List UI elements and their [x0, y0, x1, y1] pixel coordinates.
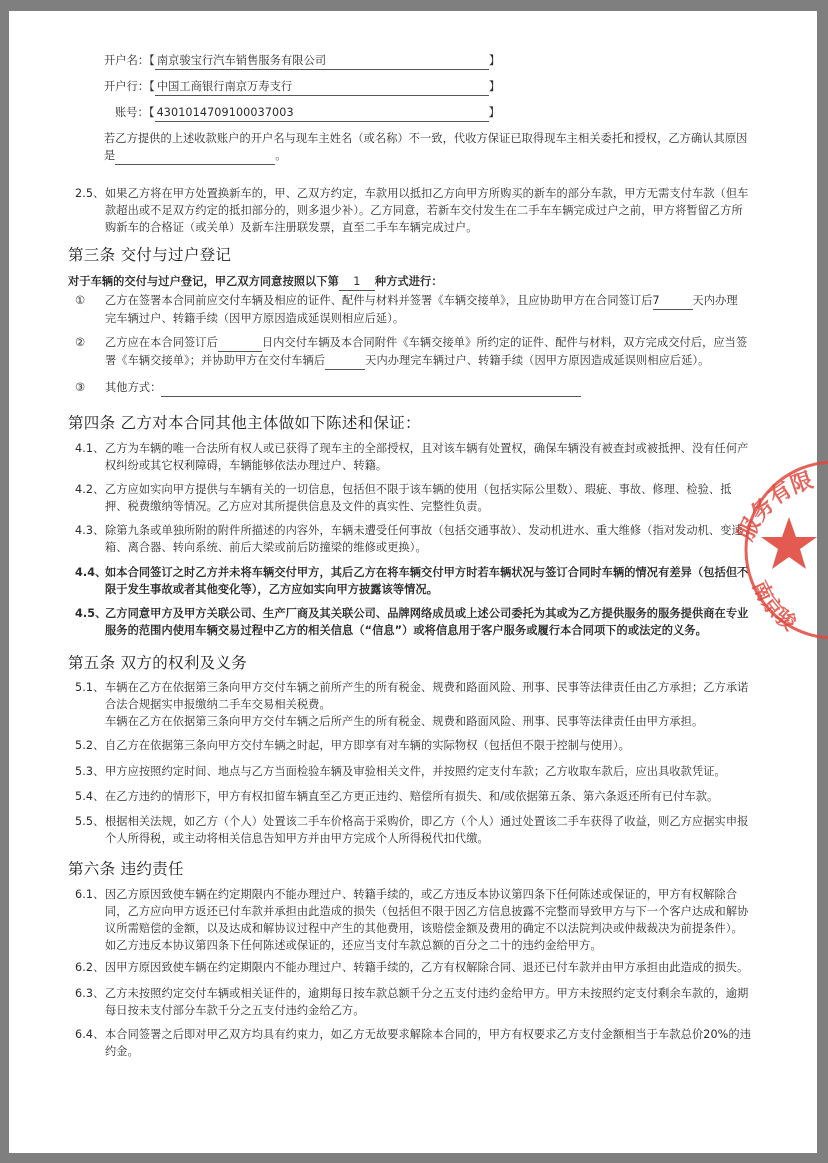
- clause-5-2: 5.2、 自乙方在依据第三条向甲方交付车辆之时起，甲方即享有对车辆的实际物权（包…: [75, 737, 630, 754]
- clause-6-2: 6.2、 因甲方原因致使车辆在约定期限内不能办理过户、转籍手续的，乙方有权解除合…: [75, 959, 748, 976]
- account-name-label: 开户名：【: [104, 54, 155, 67]
- clause-6-4: 6.4、 本合同签署之后即对甲乙双方均具有约束力，如乙方无故要求解除本合同的，甲…: [75, 1026, 751, 1060]
- intro-prefix: 对于车辆的交付与过户登记，甲乙双方同意按照以下第: [68, 275, 339, 288]
- clause-line: 每日按未支付部分车款千分之五支付违约金给乙方。: [105, 1002, 748, 1019]
- option-text: 其他方式：: [105, 381, 161, 394]
- reason-blank: [115, 147, 275, 165]
- clause-line: 同，乙方应向甲方返还已付车款并承担由此造成的损失（包括但不限于因乙方信息披露不完…: [105, 903, 748, 920]
- option-text: 完车辆过户、转籍手续（因甲方原因造成延误则相应后延）。: [105, 310, 738, 327]
- seal-top-text: 服务有限: [734, 468, 817, 545]
- clause-line: 根据相关法规，如乙方（个人）处置该二手车价格高于采购价，即乙方（个人）通过处置该…: [105, 813, 748, 830]
- clause-line: 自乙方在依据第三条向甲方交付车辆之时起，甲方即享有对车辆的实际物权（包括但不限于…: [105, 737, 630, 754]
- days-value: 7: [653, 292, 693, 310]
- clause-5-5: 5.5、 根据相关法规，如乙方（个人）处置该二手车价格高于采购价，即乙方（个人）…: [75, 813, 748, 847]
- option-marker: ②: [75, 334, 85, 351]
- clause-line: 因乙方原因致使车辆在约定期限内不能办理过户、转籍手续的，或乙方违反本协议第四条下…: [105, 886, 748, 903]
- clause-number: 6.1、: [75, 886, 104, 903]
- clause-line: 在乙方违约的情形下，甲方有权扣留车辆直至乙方更正违约、赔偿所有损失、和/或依据第…: [105, 788, 718, 805]
- option-3: ③ 其他方式：: [75, 379, 581, 397]
- clause-line: 乙方同意甲方及甲方关联公司、生产厂商及其关联公司、品牌网络成员或上述公司委托为其…: [105, 605, 748, 622]
- clause-line: 如果乙方将在甲方处置换新车的，甲、乙双方约定，车款用以抵扣乙方向甲方所购买的新车…: [105, 185, 748, 202]
- clause-line: 限于发生事故或者其他变化等），乙方应如实向甲方披露该等情况。: [105, 581, 748, 598]
- close-bracket: 】: [489, 80, 500, 93]
- article-3-intro: 对于车辆的交付与过户登记，甲乙双方同意按照以下第1种方式进行：: [68, 273, 443, 291]
- clause-line: 箱、离合器、转向系统、前后大梁或前后防撞梁的维修或更换）。: [105, 539, 743, 556]
- days-blank: [325, 352, 365, 370]
- option-text: 天内办理完车辆过户、转籍手续（因甲方原因造成延误则相应后延）。: [365, 354, 709, 367]
- clause-line: 车辆在乙方在依据第三条向甲方交付车辆之前所产生的所有税金、规费和路面风险、刑事、…: [105, 679, 748, 696]
- intro-suffix: 种方式进行：: [375, 275, 443, 288]
- method-number: 1: [339, 273, 375, 291]
- clause-4-5: 4.5、 乙方同意甲方及甲方关联公司、生产厂商及其关联公司、品牌网络成员或上述公…: [75, 605, 748, 639]
- clause-4-4: 4.4、 如本合同签订之时乙方并未将车辆交付甲方，其后乙方在将车辆交付甲方时若车…: [75, 564, 748, 598]
- other-method-blank: [161, 379, 581, 397]
- account-bank-value: 中国工商银行南京万寿支行: [155, 78, 489, 96]
- svg-text:南京骏: 南京骏: [748, 577, 801, 635]
- clause-line: 购新车的合格证（或关单）及新车注册联发票，直至二手车车辆完成过户。: [105, 219, 748, 236]
- clause-line: 服务的范围内使用车辆交易过程中乙方的相关信息（“信息”）或将信息用于客户服务或履…: [105, 622, 748, 639]
- contract-content: 开户名：【南京骏宝行汽车销售服务有限公司】 开户行：【中国工商银行南京万寿支行】…: [9, 11, 817, 1153]
- clause-line: 乙方应如实向甲方提供与车辆有关的一切信息，包括但不限于该车辆的使用（包括实际公里…: [105, 481, 732, 498]
- close-bracket: 】: [489, 54, 500, 67]
- clause-2-5: 2.5、 如果乙方将在甲方处置换新车的，甲、乙双方约定，车款用以抵扣乙方向甲方所…: [75, 185, 748, 236]
- option-1: ① 乙方在签署本合同前应交付车辆及相应的证件、配件与材料并签署《车辆交接单》，且…: [75, 292, 738, 327]
- clause-4-1: 4.1、 乙方为车辆的唯一合法所有权人或已获得了现车主的全部授权，且对该车辆有处…: [75, 440, 748, 474]
- clause-number: 5.5、: [75, 813, 104, 830]
- option-text: 乙方在签署本合同前应交付车辆及相应的证件、配件与材料并签署《车辆交接单》，且应协…: [105, 294, 653, 307]
- clause-line: 乙方为车辆的唯一合法所有权人或已获得了现车主的全部授权，且对该车辆有处置权，确保…: [105, 440, 748, 457]
- clause-number: 6.2、: [75, 959, 104, 976]
- option-text: 署《车辆交接单》；并协助甲方在交付车辆后: [105, 354, 325, 367]
- clause-number: 5.4、: [75, 788, 104, 805]
- clause-line: 合法合规据实申报缴纳二手车交易相关税费。: [105, 696, 748, 713]
- clause-line: 款超出或不足双方约定的抵扣部分的，则多退少补）。乙方同意，若新车交付发生在二手车…: [105, 202, 748, 219]
- article-3-title: 第三条 交付与过户登记: [68, 243, 231, 265]
- seal-bottom-text: 南京骏: [748, 577, 801, 635]
- clause-line: 车辆在乙方在依据第三条向甲方交付车辆之后所产生的所有税金、规费和路面风险、刑事、…: [105, 713, 748, 730]
- clause-line: 议所需赔偿的金额，以及达成和解协议过程中产生的其他费用，该赔偿金额及费用的确定不…: [105, 920, 748, 937]
- clause-4-2: 4.2、 乙方应如实向甲方提供与车辆有关的一切信息，包括但不限于该车辆的使用（包…: [75, 481, 732, 515]
- clause-line: 约金。: [105, 1043, 751, 1060]
- clause-line: 甲方应按照约定时间、地点与乙方当面检验车辆及审验相关文件，并按照约定支付车款；乙…: [105, 763, 726, 780]
- account-name-row: 开户名：【南京骏宝行汽车销售服务有限公司】: [104, 52, 500, 70]
- option-text: 乙方应在本合同签订后: [105, 336, 218, 349]
- document-page: 开户名：【南京骏宝行汽车销售服务有限公司】 开户行：【中国工商银行南京万寿支行】…: [9, 11, 817, 1153]
- clause-5-3: 5.3、 甲方应按照约定时间、地点与乙方当面检验车辆及审验相关文件，并按照约定支…: [75, 763, 726, 780]
- article-6-title: 第六条 违约责任: [68, 857, 184, 879]
- clause-number: 4.2、: [75, 481, 104, 498]
- clause-number: 5.2、: [75, 737, 104, 754]
- account-note-line: 若乙方提供的上述收款账户的开户名与现车主姓名（或名称）不一致，代收方保证已取得现…: [104, 130, 747, 147]
- account-note-suffix: 。: [275, 149, 286, 162]
- clause-line: 个人所得税，或主动将相关信息告知甲方并由甲方完成个人所得税代扣代缴。: [105, 830, 748, 847]
- article-5-title: 第五条 双方的权利及义务: [68, 651, 247, 673]
- clause-number: 4.4、: [75, 564, 106, 581]
- clause-line: 因甲方原因致使车辆在约定期限内不能办理过户、转籍手续的，乙方有权解除合同、退还已…: [105, 959, 748, 976]
- clause-number: 5.1、: [75, 679, 104, 696]
- option-2: ② 乙方应在本合同签订后 日内交付车辆及本合同附件《车辆交接单》所约定的证件、配…: [75, 334, 747, 370]
- svg-text:服务有限: 服务有限: [734, 468, 817, 545]
- days-blank: [218, 334, 262, 352]
- account-note-prefix: 是: [104, 149, 115, 162]
- clause-line: 乙方未按照约定交付车辆或相关证件的，逾期每日按车款总额千分之五支付违约金给甲方。…: [105, 985, 748, 1002]
- clause-line: 押、税费缴纳等情况。乙方应对其所提供信息及文件的真实性、完整性负责。: [105, 498, 732, 515]
- clause-6-1: 6.1、 因乙方原因致使车辆在约定期限内不能办理过户、转籍手续的，或乙方违反本协…: [75, 886, 748, 954]
- option-text: 天内办理: [693, 294, 738, 307]
- clause-number: 6.3、: [75, 985, 104, 1002]
- clause-number: 5.3、: [75, 763, 104, 780]
- close-bracket: 】: [489, 106, 500, 119]
- clause-line: 除第九条或单独所附的附件所描述的内容外，车辆未遭受任何事故（包括交通事故）、发动…: [105, 522, 743, 539]
- clause-6-3: 6.3、 乙方未按照约定交付车辆或相关证件的，逾期每日按车款总额千分之五支付违约…: [75, 985, 748, 1019]
- clause-4-3: 4.3、 除第九条或单独所附的附件所描述的内容外，车辆未遭受任何事故（包括交通事…: [75, 522, 743, 556]
- account-note: 若乙方提供的上述收款账户的开户名与现车主姓名（或名称）不一致，代收方保证已取得现…: [104, 130, 747, 165]
- clause-number: 6.4、: [75, 1026, 104, 1043]
- clause-line: 如本合同签订之时乙方并未将车辆交付甲方，其后乙方在将车辆交付甲方时若车辆状况与签…: [105, 564, 748, 581]
- account-number-label: 账号：【: [115, 106, 155, 119]
- option-marker: ①: [75, 292, 85, 309]
- account-bank-label: 开户行：【: [104, 80, 155, 93]
- account-name-value: 南京骏宝行汽车销售服务有限公司: [155, 52, 489, 70]
- clause-line: 本合同签署之后即对甲乙双方均具有约束力，如乙方无故要求解除本合同的，甲方有权要求…: [105, 1026, 751, 1043]
- clause-5-1: 5.1、 车辆在乙方在依据第三条向甲方交付车辆之前所产生的所有税金、规费和路面风…: [75, 679, 748, 730]
- clause-number: 4.3、: [75, 522, 104, 539]
- account-number-row: 账号：【4301014709100037003】: [115, 104, 500, 122]
- article-4-title: 第四条 乙方对本合同其他主体做如下陈述和保证：: [68, 411, 421, 433]
- clause-5-4: 5.4、 在乙方违约的情形下，甲方有权扣留车辆直至乙方更正违约、赔偿所有损失、和…: [75, 788, 718, 805]
- option-text: 日内交付车辆及本合同附件《车辆交接单》所约定的证件、配件与材料，双方完成交付后，…: [262, 336, 747, 349]
- clause-number: 2.5、: [75, 185, 104, 202]
- clause-number: 4.1、: [75, 440, 104, 457]
- option-marker: ③: [75, 379, 85, 396]
- account-number-value: 4301014709100037003: [155, 104, 489, 122]
- clause-line: 权纠纷或其它权利障碍，车辆能够依法办理过户、转籍。: [105, 457, 748, 474]
- clause-line: 如乙方违反本协议第四条下任何陈述或保证的，还应当支付车款总额的百分之二十的违约金…: [105, 937, 748, 954]
- clause-number: 4.5、: [75, 605, 106, 622]
- account-bank-row: 开户行：【中国工商银行南京万寿支行】: [104, 78, 500, 96]
